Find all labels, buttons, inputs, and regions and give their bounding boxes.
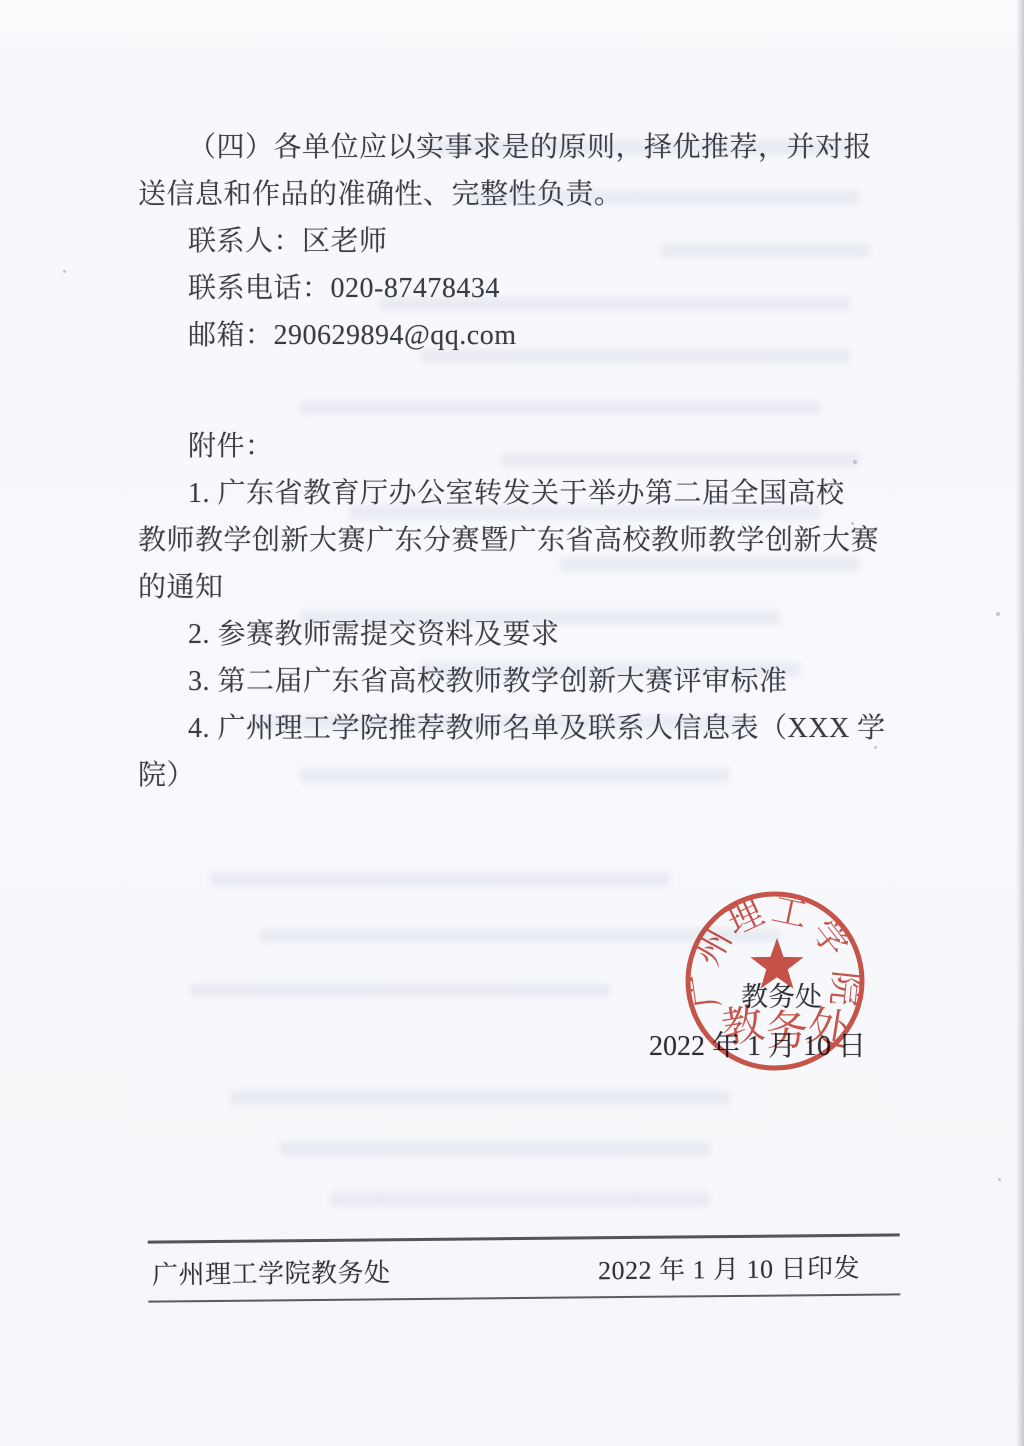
text-line: 邮箱：290629894@qq.com — [138, 312, 886, 359]
text-line: 院） — [138, 752, 886, 799]
text-line: 附件： — [138, 423, 886, 470]
footer-print-date: 2022 年 1 月 10 日印发 — [598, 1248, 860, 1288]
text-line: 的通知 — [138, 564, 886, 611]
official-seal: 广州理工学院 教务处 — [681, 885, 869, 1073]
seal-arc-char: 院 — [823, 969, 865, 1008]
text-line: （四）各单位应以实事求是的原则，择优推荐，并对报 — [138, 124, 886, 171]
paragraph-section: （四）各单位应以实事求是的原则，择优推荐，并对报送信息和作品的准确性、完整性负责… — [138, 124, 886, 218]
text-line: 送信息和作品的准确性、完整性负责。 — [138, 171, 886, 218]
text-line: 联系电话：020-87478434 — [138, 265, 886, 312]
text-line: 4. 广州理工学院推荐教师名单及联系人信息表（XXX 学 — [138, 705, 886, 752]
document-page: （四）各单位应以实事求是的原则，择优推荐，并对报送信息和作品的准确性、完整性负责… — [0, 0, 1024, 1446]
document-body: （四）各单位应以实事求是的原则，择优推荐，并对报送信息和作品的准确性、完整性负责… — [138, 124, 886, 799]
seal-bottom-text: 教务处 — [719, 1001, 854, 1056]
text-line: 3. 第二届广东省高校教师教学创新大赛评审标准 — [138, 658, 886, 705]
text-line: 教师教学创新大赛广东分赛暨广东省高校教师教学创新大赛 — [138, 517, 886, 564]
text-line: 2. 参赛教师需提交资料及要求 — [138, 611, 886, 658]
footer: 广州理工学院教务处 2022 年 1 月 10 日印发 — [148, 1233, 901, 1302]
footer-row: 广州理工学院教务处 2022 年 1 月 10 日印发 — [148, 1236, 901, 1300]
seal-arc-char: 工 — [768, 890, 810, 935]
seal-arc-char: 广 — [684, 971, 727, 1011]
seal-bottom-char: 务 — [766, 1009, 808, 1055]
text-line: 联系人：区老师 — [138, 218, 886, 265]
star-icon — [750, 938, 803, 989]
page-edge-shadow — [1016, 0, 1024, 1446]
seal-arc-char: 理 — [721, 893, 769, 943]
seal-bottom-char: 教 — [719, 1001, 768, 1053]
footer-issuer: 广州理工学院教务处 — [152, 1252, 391, 1291]
contact-section: 联系人：区老师联系电话：020-87478434邮箱：290629894@qq.… — [138, 218, 886, 359]
seal-arc-char: 学 — [804, 912, 856, 964]
attachments-section: 附件：1. 广东省教育厅办公室转发关于举办第二届全国高校教师教学创新大赛广东分赛… — [138, 423, 886, 799]
seal-bottom-char: 处 — [805, 1004, 854, 1056]
text-line: 1. 广东省教育厅办公室转发关于举办第二届全国高校 — [138, 470, 886, 517]
